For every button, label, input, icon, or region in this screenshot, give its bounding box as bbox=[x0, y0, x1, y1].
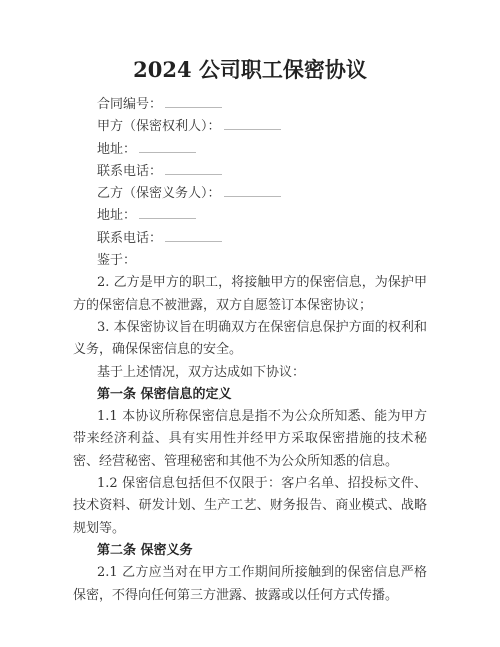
document-page: 2024 公司职工保密协议 合同编号： 甲方（保密权利人）： 地址： 联系电话：… bbox=[0, 0, 500, 647]
blank-underline bbox=[139, 206, 196, 219]
blank-underline bbox=[165, 229, 222, 242]
blank-underline bbox=[224, 184, 281, 197]
field-party-b-address: 地址： bbox=[73, 205, 427, 227]
paragraph-clause-2-1: 2.1 乙方应当对在甲方工作期间所接触到的保密信息严格保密，不得向任何第三方泄露… bbox=[73, 562, 427, 607]
field-label: 地址： bbox=[97, 208, 136, 223]
blank-underline bbox=[139, 140, 196, 153]
field-label: 乙方（保密义务人）： bbox=[97, 186, 221, 201]
field-party-b: 乙方（保密义务人）： bbox=[73, 183, 427, 205]
paragraph-recital-2: 2. 乙方是甲方的职工，将接触甲方的保密信息，为保护甲方的保密信息不被泄露，双方… bbox=[73, 272, 427, 317]
paragraph-agreement-intro: 基于上述情况，双方达成如下协议： bbox=[73, 362, 427, 384]
section-heading-article-1: 第一条 保密信息的定义 bbox=[73, 384, 427, 406]
paragraph-clause-1-1: 1.1 本协议所称保密信息是指不为公众所知悉、能为甲方带来经济利益、具有实用性并… bbox=[73, 406, 427, 473]
field-party-b-phone: 联系电话： bbox=[73, 228, 427, 250]
paragraph-recital-3: 3. 本保密协议旨在明确双方在保密信息保护方面的权利和义务，确保保密信息的安全。 bbox=[73, 317, 427, 362]
field-label: 甲方（保密权利人）： bbox=[97, 119, 221, 134]
field-contract-number: 合同编号： bbox=[73, 94, 427, 116]
section-heading-article-2: 第二条 保密义务 bbox=[73, 540, 427, 562]
field-whereas: 鉴于： bbox=[73, 250, 427, 272]
field-label: 鉴于： bbox=[97, 253, 136, 268]
blank-underline bbox=[165, 95, 222, 108]
blank-underline bbox=[224, 117, 281, 130]
field-label: 联系电话： bbox=[97, 231, 162, 246]
blank-underline bbox=[165, 162, 222, 175]
field-label: 地址： bbox=[97, 142, 136, 157]
document-title: 2024 公司职工保密协议 bbox=[73, 57, 427, 83]
field-party-a: 甲方（保密权利人）： bbox=[73, 116, 427, 138]
paragraph-clause-1-2: 1.2 保密信息包括但不仅限于：客户名单、招投标文件、技术资料、研发计划、生产工… bbox=[73, 473, 427, 540]
field-label: 合同编号： bbox=[97, 97, 162, 112]
field-party-a-phone: 联系电话： bbox=[73, 161, 427, 183]
field-party-a-address: 地址： bbox=[73, 139, 427, 161]
field-label: 联系电话： bbox=[97, 164, 162, 179]
